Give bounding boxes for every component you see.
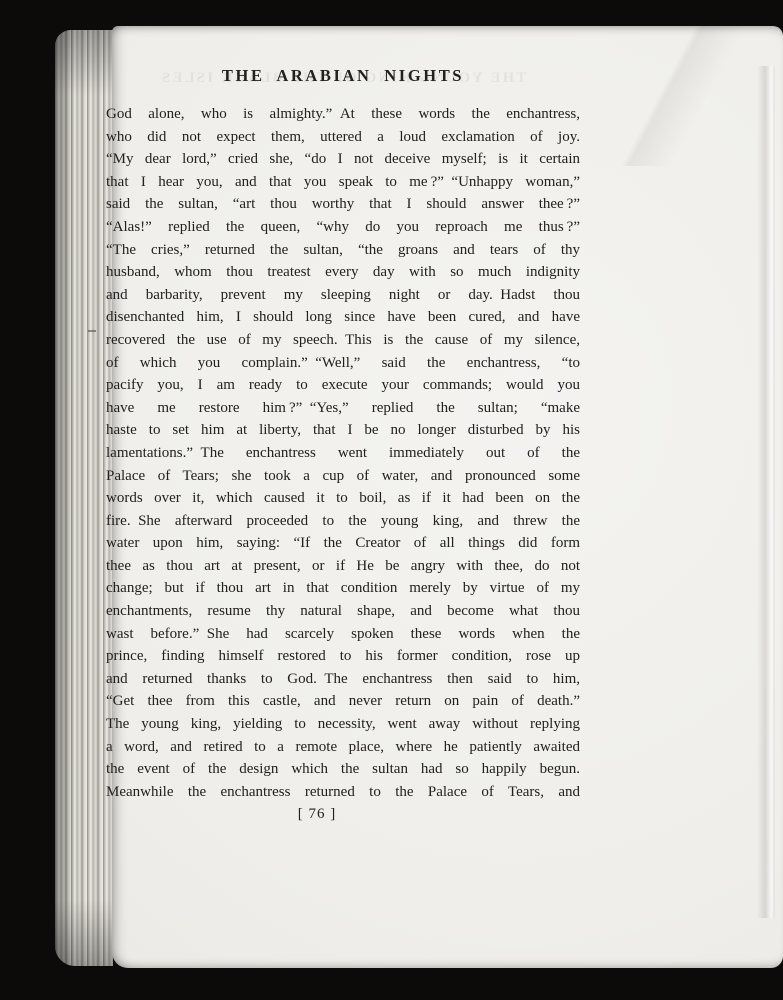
text-line: water upon him, saying: “If the Creator …: [106, 532, 580, 555]
text-line: God alone, who is almighty.” At these wo…: [106, 103, 580, 126]
text-line: fire. She afterward proceeded to the you…: [106, 510, 580, 533]
scan-background: THE YOUNG KING OF THE BLACK ISLES THE AR…: [0, 0, 783, 1000]
margin-mark: [88, 330, 96, 332]
book-page-edges: [55, 30, 113, 966]
text-line: husband, whom thou treatest every day wi…: [106, 261, 580, 284]
text-line: Palace of Tears; she took a cup of water…: [106, 465, 580, 488]
text-line: pacify you, I am ready to execute your c…: [106, 374, 580, 397]
page-fold-shading: [563, 26, 743, 166]
text-line: who did not expect them, uttered a loud …: [106, 126, 580, 149]
text-line: “Get thee from this castle, and never re…: [106, 690, 580, 713]
text-line: change; but if thou art in that conditio…: [106, 577, 580, 600]
text-line: wast before.” She had scarcely spoken th…: [106, 623, 580, 646]
binding-crease: [757, 66, 775, 918]
text-line: prince, finding himself restored to his …: [106, 645, 580, 668]
text-line: disenchanted him, I should long since ha…: [106, 306, 580, 329]
text-line: of which you complain.” “Well,” said the…: [106, 352, 580, 375]
text-line: thee as thou art at present, or if He be…: [106, 555, 580, 578]
text-line: said the sultan, “art thou worthy that I…: [106, 193, 580, 216]
text-line: words over it, which caused it to boil, …: [106, 487, 580, 510]
text-line: The young king, yielding to necessity, w…: [106, 713, 580, 736]
text-line: lamentations.” The enchantress went imme…: [106, 442, 580, 465]
text-line: “Alas!” replied the queen, “why do you r…: [106, 216, 580, 239]
text-line: and barbarity, prevent my sleeping night…: [106, 284, 580, 307]
text-line: and returned thanks to God. The enchantr…: [106, 668, 580, 691]
text-line: a word, and retired to a remote place, w…: [106, 736, 580, 759]
text-line: have me restore him ?” “Yes,” replied th…: [106, 397, 580, 420]
text-line: recovered the use of my speech. This is …: [106, 329, 580, 352]
text-line: enchantments, resume thy natural shape, …: [106, 600, 580, 623]
text-line: Meanwhile the enchantress returned to th…: [106, 781, 580, 804]
text-line: haste to set him at liberty, that I be n…: [106, 419, 580, 442]
body-text: God alone, who is almighty.” At these wo…: [106, 103, 580, 803]
text-line: “The cries,” returned the sultan, “the g…: [106, 239, 580, 262]
page-number: [ 76 ]: [80, 806, 554, 823]
text-line: that I hear you, and that you speak to m…: [106, 171, 580, 194]
text-line: “My dear lord,” cried she, “do I not dec…: [106, 148, 580, 171]
text-line: the event of the design which the sultan…: [106, 758, 580, 781]
page-header: THE ARABIAN NIGHTS: [106, 66, 580, 86]
